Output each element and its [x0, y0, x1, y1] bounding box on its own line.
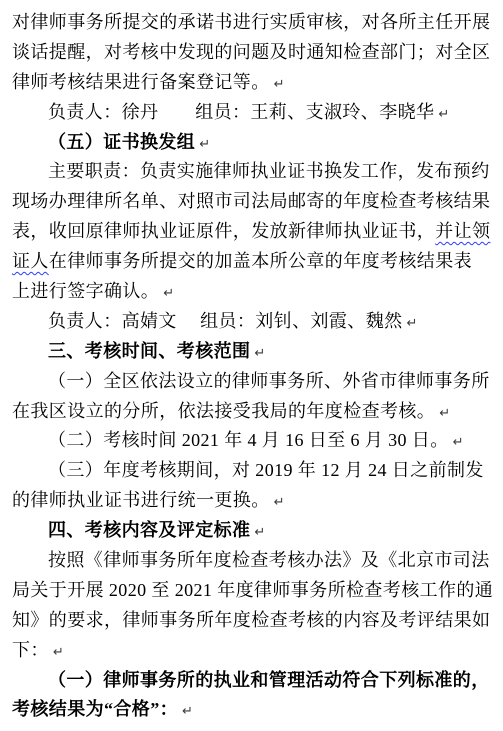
grammar-check-underline: 并让领	[435, 221, 490, 241]
paragraph-mark-icon: ↵	[250, 525, 265, 540]
document-page: 对律师事务所提交的承诺书进行实质审核，对各所主任开展谈话提醒，对考核中发现的问题…	[0, 0, 503, 731]
text-run: 负责人：高婧文 组员：刘钊、刘霞、魏然	[48, 311, 403, 331]
text-line: 负责人：高婧文 组员：刘钊、刘霞、魏然↵	[12, 307, 491, 337]
text-line: 的律师执业证书进行统一更换。↵	[12, 486, 491, 516]
text-run: 按照《律师事务所年度检查考核办法》及《北京市司法	[48, 550, 490, 570]
paragraph-mark-icon: ↵	[270, 495, 285, 510]
paragraph-mark-icon: ↵	[195, 137, 210, 152]
text-run: （一）律师事务所的执业和管理活动符合下列标准的，	[48, 670, 490, 690]
text-run: 在律师事务所提交的加盖本所公章的年度考核结果表	[49, 251, 472, 271]
text-line: 知》的要求，律师事务所年度检查考核的内容及考评结果如	[12, 606, 491, 636]
text-line: （三）年度考核期间，对 2019 年 12 月 24 日之前制发	[12, 456, 491, 486]
text-line: 律师考核结果进行备案登记等。↵	[12, 68, 491, 98]
text-run: 表，收回原律师执业证原件，发放新律师执业证书，	[12, 221, 435, 241]
text-run: 知》的要求，律师事务所年度检查考核的内容及考评结果如	[12, 610, 490, 630]
text-line: 局关于开展 2020 至 2021 年度律师事务所检查考核工作的通	[12, 576, 491, 606]
paragraph-mark-icon: ↵	[270, 77, 285, 92]
paragraph: （二）考核时间 2021 年 4 月 16 日至 6 月 30 日。↵	[12, 426, 491, 456]
text-line: （二）考核时间 2021 年 4 月 16 日至 6 月 30 日。↵	[12, 426, 491, 456]
paragraph: 四、考核内容及评定标准↵	[12, 516, 491, 546]
text-run: 考核结果为“合格”：	[12, 699, 178, 719]
paragraph-mark-icon: ↵	[403, 316, 418, 331]
text-run: （五）证书换发组	[48, 132, 195, 152]
paragraph: （三）年度考核期间，对 2019 年 12 月 24 日之前制发的律师执业证书进…	[12, 456, 491, 516]
paragraph: 负责人：高婧文 组员：刘钊、刘霞、魏然↵	[12, 307, 491, 337]
paragraph-mark-icon: ↵	[435, 406, 450, 421]
text-run: 负责人：徐丹 组员：王莉、支淑玲、李晓华	[48, 102, 434, 122]
text-line: 三、考核时间、考核范围↵	[12, 337, 491, 367]
paragraph: （一）全区依法设立的律师事务所、外省市律师事务所在我区设立的分所，依法接受我局的…	[12, 367, 491, 427]
text-run: 三、考核时间、考核范围	[48, 341, 250, 361]
text-run: 的律师执业证书进行统一更换。	[12, 490, 270, 510]
text-run: （三）年度考核期间，对 2019 年 12 月 24 日之前制发	[48, 460, 484, 480]
text-run: （一）全区依法设立的律师事务所、外省市律师事务所	[48, 371, 490, 391]
document-body: 对律师事务所提交的承诺书进行实质审核，对各所主任开展谈话提醒，对考核中发现的问题…	[12, 8, 491, 725]
text-line: 谈话提醒，对考核中发现的问题及时通知检查部门；对全区	[12, 38, 491, 68]
text-run: 上进行签字确认。	[12, 281, 159, 301]
text-line: 四、考核内容及评定标准↵	[12, 516, 491, 546]
text-run: 对律师事务所提交的承诺书进行实质审核，对各所主任开展	[12, 12, 490, 32]
paragraph: （五）证书换发组↵	[12, 128, 491, 158]
paragraph: 三、考核时间、考核范围↵	[12, 337, 491, 367]
paragraph-mark-icon: ↵	[250, 346, 265, 361]
text-line: （五）证书换发组↵	[12, 128, 491, 158]
text-run: （二）考核时间 2021 年 4 月 16 日至 6 月 30 日。	[48, 430, 449, 450]
text-run: 现场办理律所名单、对照市司法局邮寄的年度检查考核结果	[12, 191, 490, 211]
paragraph: 按照《律师事务所年度检查考核办法》及《北京市司法局关于开展 2020 至 202…	[12, 546, 491, 666]
text-run: 局关于开展 2020 至 2021 年度律师事务所检查考核工作的通	[12, 580, 493, 600]
paragraph-mark-icon: ↵	[434, 107, 449, 122]
text-line: （一）全区依法设立的律师事务所、外省市律师事务所	[12, 367, 491, 397]
grammar-check-underline: 证人	[12, 251, 49, 271]
text-run: 下：	[12, 640, 49, 660]
text-line: 下：↵	[12, 636, 491, 666]
text-line: 按照《律师事务所年度检查考核办法》及《北京市司法	[12, 546, 491, 576]
text-line: 在我区设立的分所，依法接受我局的年度检查考核。↵	[12, 397, 491, 427]
text-line: （一）律师事务所的执业和管理活动符合下列标准的，	[12, 666, 491, 696]
text-line: 负责人：徐丹 组员：王莉、支淑玲、李晓华↵	[12, 98, 491, 128]
paragraph: 负责人：徐丹 组员：王莉、支淑玲、李晓华↵	[12, 98, 491, 128]
text-run: 律师考核结果进行备案登记等。	[12, 72, 270, 92]
text-run: 四、考核内容及评定标准	[48, 520, 250, 540]
paragraph: 主要职责：负责实施律师执业证书换发工作，发布预约现场办理律所名单、对照市司法局邮…	[12, 157, 491, 306]
text-run: 谈话提醒，对考核中发现的问题及时通知检查部门；对全区	[12, 42, 490, 62]
text-run: 在我区设立的分所，依法接受我局的年度检查考核。	[12, 401, 435, 421]
text-line: 证人在律师事务所提交的加盖本所公章的年度考核结果表	[12, 247, 491, 277]
text-line: 表，收回原律师执业证原件，发放新律师执业证书，并让领	[12, 217, 491, 247]
paragraph: 对律师事务所提交的承诺书进行实质审核，对各所主任开展谈话提醒，对考核中发现的问题…	[12, 8, 491, 98]
text-line: 对律师事务所提交的承诺书进行实质审核，对各所主任开展	[12, 8, 491, 38]
paragraph-mark-icon: ↵	[159, 286, 174, 301]
text-line: 上进行签字确认。↵	[12, 277, 491, 307]
text-line: 现场办理律所名单、对照市司法局邮寄的年度检查考核结果	[12, 187, 491, 217]
text-run: 主要职责：负责实施律师执业证书换发工作，发布预约	[48, 161, 490, 181]
paragraph: （一）律师事务所的执业和管理活动符合下列标准的，考核结果为“合格”：↵	[12, 666, 491, 726]
paragraph-mark-icon: ↵	[449, 435, 464, 450]
paragraph-mark-icon: ↵	[178, 704, 193, 719]
text-line: 考核结果为“合格”：↵	[12, 695, 491, 725]
paragraph-mark-icon: ↵	[49, 645, 64, 660]
text-line: 主要职责：负责实施律师执业证书换发工作，发布预约	[12, 157, 491, 187]
